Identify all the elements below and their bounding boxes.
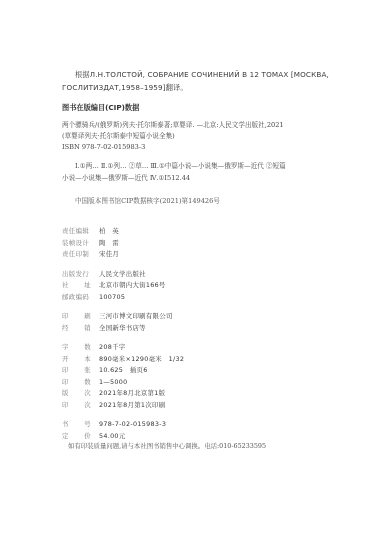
spec-row-impression: 印次 2021年8月第1次印刷 xyxy=(62,400,357,412)
spec-value: 1—5000 xyxy=(99,377,128,389)
credit-value: 三河市博文印刷有限公司 xyxy=(99,311,173,323)
credit-label: 印刷 xyxy=(62,311,91,323)
classification-line-1: Ⅰ.①两… Ⅱ.①列… ②草… Ⅲ.①中篇小说—小说集—俄罗斯—近代 ②短篇 xyxy=(62,160,357,172)
credit-row-printer: 印刷 三河市博文印刷有限公司 xyxy=(62,311,357,323)
cip-heading: 图书在版编目(CIP)数据 xyxy=(62,103,357,113)
credit-value: 100705 xyxy=(99,292,125,304)
translation-source-note: 根据Л.Н.ТОЛСТОЙ, СОБРАНИЕ СОЧИНЕНИЙ В 12 Т… xyxy=(62,68,357,94)
cip-verification-number: 中国版本图书馆CIP数据核字(2021)第149426号 xyxy=(75,196,370,206)
spec-value: 208千字 xyxy=(99,342,125,354)
credit-label: 邮政编码 xyxy=(62,292,99,304)
spec-value: 890毫米×1290毫米 1/32 xyxy=(99,354,184,366)
copyright-page: 根据Л.Н.ТОЛСТОЙ, СОБРАНИЕ СОЧИНЕНИЙ В 12 Т… xyxy=(0,0,375,534)
cip-series-line: (草婴译列夫·托尔斯泰中短篇小说全集) xyxy=(62,131,357,142)
credit-value: 柏 英 xyxy=(99,226,119,238)
credit-row-designer: 装帧设计 陶 雷 xyxy=(62,238,357,250)
spec-value: 978-7-02-015983-3 xyxy=(99,419,166,431)
spec-label: 印张 xyxy=(62,365,91,377)
spec-value: 2021年8月北京第1版 xyxy=(99,388,165,400)
publication-credits: 责任编辑 柏 英 装帧设计 陶 雷 责任印制 宋佳月 出版发行 人民文学出版社 … xyxy=(62,226,357,442)
spec-row-format: 开本 890毫米×1290毫米 1/32 xyxy=(62,354,357,366)
credit-row-publisher: 出版发行 人民文学出版社 xyxy=(62,269,357,281)
cip-record: 两个骠骑兵/(俄罗斯)列夫·托尔斯泰著;草婴译. —北京:人民文学出版社,202… xyxy=(62,120,357,153)
spec-row-edition: 版次 2021年8月北京第1版 xyxy=(62,388,357,400)
credit-value: 人民文学出版社 xyxy=(99,269,146,281)
credit-row-postcode: 邮政编码 100705 xyxy=(62,292,357,304)
spec-label: 印次 xyxy=(62,400,91,412)
spec-label: 书号 xyxy=(62,419,91,431)
classification-line-2: 小说—小说集—俄罗斯—近代 Ⅳ.①I512.44 xyxy=(62,172,357,184)
credit-row-production: 责任印制 宋佳月 xyxy=(62,249,357,261)
cip-classification: Ⅰ.①两… Ⅱ.①列… ②草… Ⅲ.①中篇小说—小说集—俄罗斯—近代 ②短篇 小… xyxy=(62,160,357,184)
credit-value: 北京市朝内大街166号 xyxy=(99,280,166,292)
credit-value: 陶 雷 xyxy=(99,238,119,250)
spec-label: 版次 xyxy=(62,388,91,400)
spec-row-isbn: 书号 978-7-02-015983-3 xyxy=(62,419,357,431)
credit-row-distributor: 经销 全国新华书店等 xyxy=(62,323,357,335)
credit-value: 全国新华书店等 xyxy=(99,323,146,335)
quality-notice: 如有印装质量问题,请与本社图书销售中心调换。电话:010-65233595 xyxy=(68,441,363,451)
spec-label: 字数 xyxy=(62,342,91,354)
spec-label: 开本 xyxy=(62,354,91,366)
spec-row-word-count: 字数 208千字 xyxy=(62,342,357,354)
spec-row-print-run: 印数 1—5000 xyxy=(62,377,357,389)
cip-title-line: 两个骠骑兵/(俄罗斯)列夫·托尔斯泰著;草婴译. —北京:人民文学出版社,202… xyxy=(62,120,357,131)
credit-value: 宋佳月 xyxy=(99,249,119,261)
credit-label: 社址 xyxy=(62,280,91,292)
spec-value: 10.625 插页6 xyxy=(99,365,148,377)
credit-label: 责任编辑 xyxy=(62,226,99,238)
spec-label: 印数 xyxy=(62,377,91,389)
credit-label: 装帧设计 xyxy=(62,238,99,250)
credit-label: 经销 xyxy=(62,323,91,335)
spec-row-sheets: 印张 10.625 插页6 xyxy=(62,365,357,377)
source-note-line-1: 根据Л.Н.ТОЛСТОЙ, СОБРАНИЕ СОЧИНЕНИЙ В 12 Т… xyxy=(62,68,357,81)
credit-row-address: 社址 北京市朝内大街166号 xyxy=(62,280,357,292)
cip-isbn-line: ISBN 978-7-02-015983-3 xyxy=(62,142,357,153)
spec-value: 2021年8月第1次印刷 xyxy=(99,400,165,412)
credit-row-editor: 责任编辑 柏 英 xyxy=(62,226,357,238)
source-note-line-2: ГОСЛИТИЗДАТ,1958–1959]翻译。 xyxy=(62,81,357,94)
credit-label: 出版发行 xyxy=(62,269,99,281)
credit-label: 责任印制 xyxy=(62,249,99,261)
